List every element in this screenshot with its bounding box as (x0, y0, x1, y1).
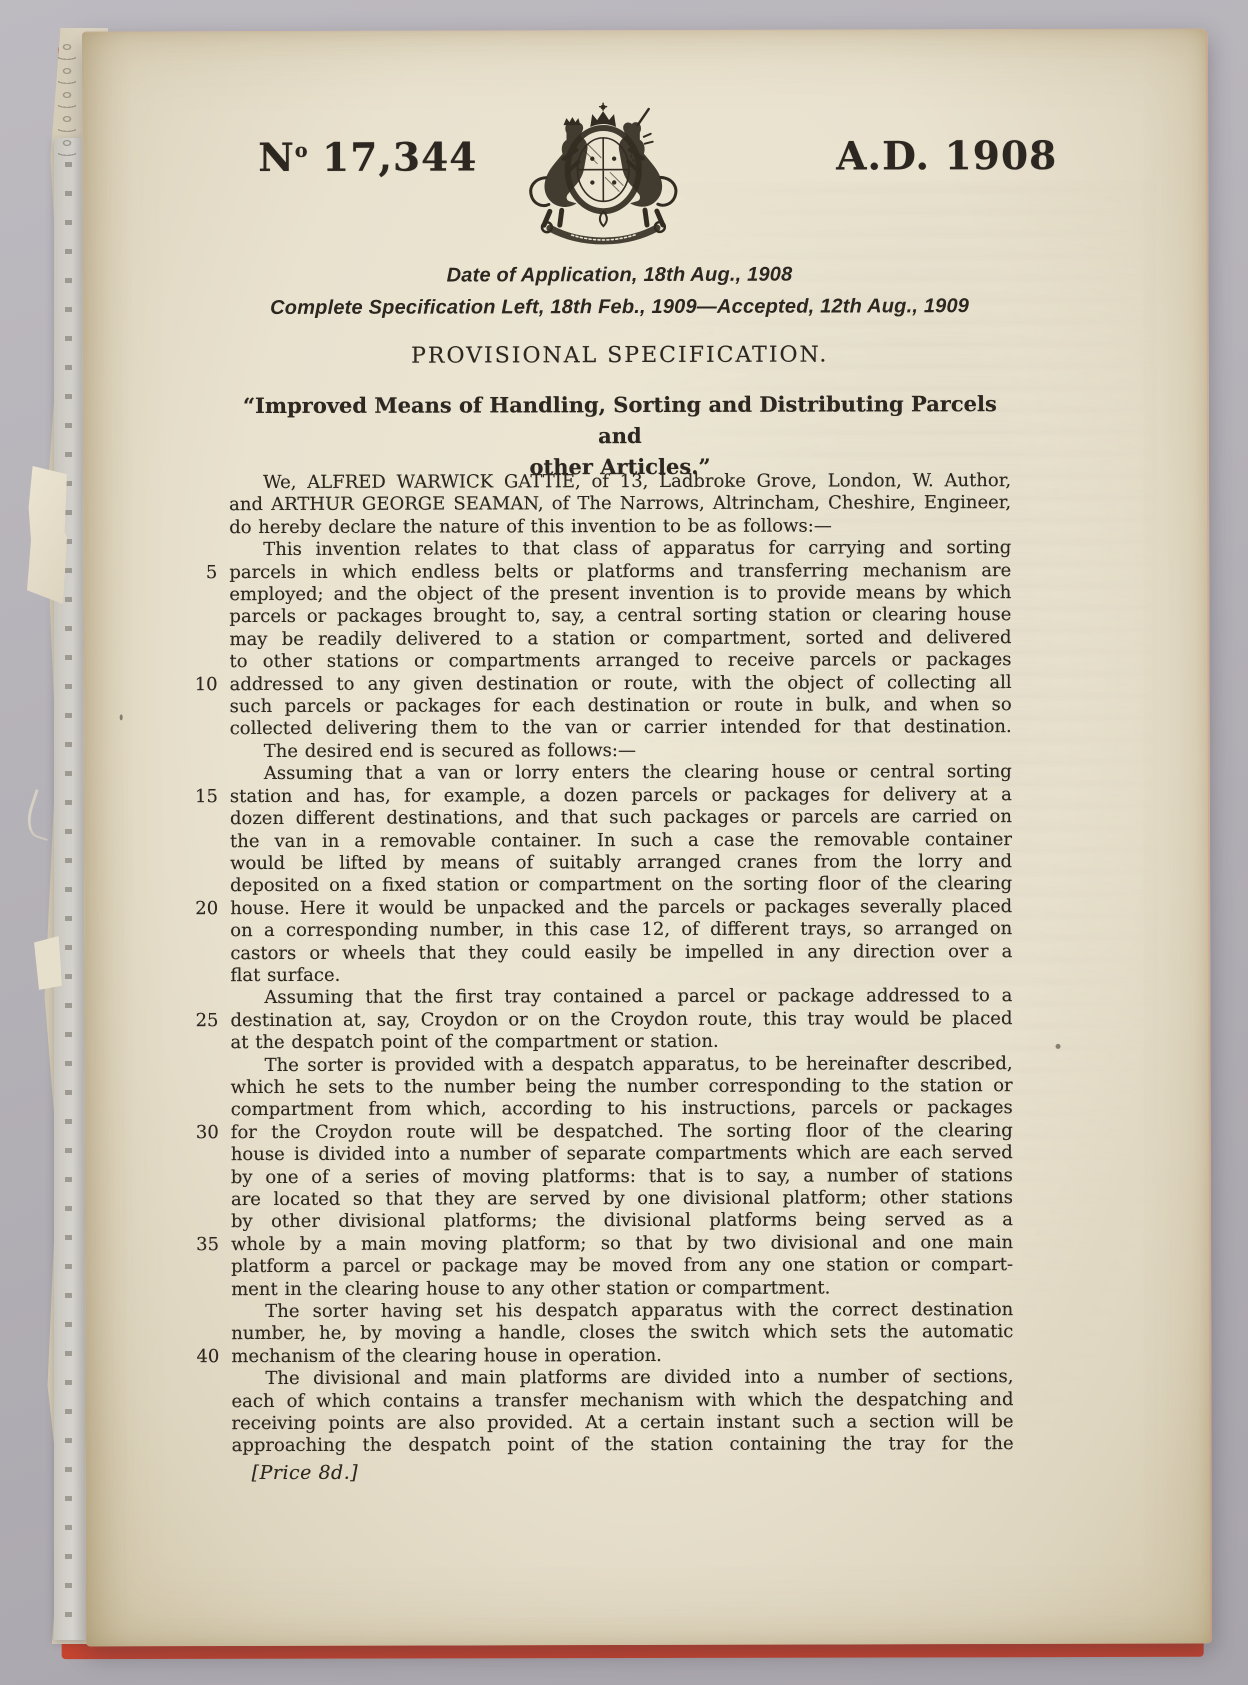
patent-year: A.D. 1908 (836, 133, 1057, 180)
text-line-content: addressed to any given destination or ro… (230, 672, 1012, 696)
line-number (171, 494, 229, 517)
text-line: 20house. Here it would be unpacked and t… (172, 896, 1012, 921)
text-line: do hereby declare the nature of this inv… (171, 515, 1011, 540)
line-number (172, 875, 230, 898)
text-line: We, ALFRED WARWICK GATTIE, of 13, Ladbro… (171, 470, 1011, 495)
text-line-content: castors or wheels that they could easily… (230, 941, 1012, 965)
line-number (171, 607, 229, 630)
line-number (173, 1032, 231, 1055)
line-number (171, 584, 229, 607)
text-line-content: house is divided into a number of separa… (231, 1142, 1013, 1166)
line-number (171, 629, 229, 652)
text-line-content: The sorter is provided with a despatch a… (231, 1053, 1013, 1077)
filing-dates: Date of Application, 18th Aug., 1908 Com… (228, 258, 1010, 324)
text-line: such parcels or packages for each destin… (172, 694, 1012, 719)
text-line: dozen different destinations, and that s… (172, 806, 1012, 831)
text-line: by other divisional platforms; the divis… (173, 1209, 1013, 1234)
text-line-content: We, ALFRED WARWICK GATTIE, of 13, Ladbro… (229, 470, 1011, 494)
text-line: platform a parcel or package may be move… (173, 1254, 1013, 1279)
text-line-content: The sorter having set his despatch appar… (231, 1299, 1013, 1323)
line-number (172, 741, 230, 764)
line-number (172, 831, 230, 854)
line-number (173, 1256, 231, 1279)
line-number (172, 943, 230, 966)
text-line-content: may be readily delivered to a station or… (229, 627, 1011, 651)
torn-paper-tab (27, 466, 67, 604)
line-number: 5 (171, 562, 229, 585)
invention-title-line1: “Improved Means of Handling, Sorting and… (229, 388, 1011, 452)
text-line-content: collected delivering them to the van or … (230, 717, 1012, 741)
line-number (172, 696, 230, 719)
page-content: No 17,344 (228, 30, 1014, 1646)
text-line: flat surface. (172, 963, 1012, 988)
text-line: which he sets to the number being the nu… (173, 1075, 1013, 1100)
text-line: are located so that they are served by o… (173, 1187, 1013, 1212)
text-line: The sorter is provided with a despatch a… (173, 1053, 1013, 1078)
patent-number: No 17,344 (258, 134, 477, 181)
text-line: 40mechanism of the clearing house in ope… (173, 1344, 1013, 1369)
text-line: on a corresponding number, in this case … (172, 918, 1012, 943)
text-line-content: would be lifted by means of suitably arr… (230, 851, 1012, 875)
patent-page: No 17,344 (82, 29, 1212, 1647)
text-line: house is divided into a number of separa… (173, 1142, 1013, 1167)
text-line-content: the van in a removable container. In suc… (230, 829, 1012, 853)
line-number (173, 1055, 231, 1078)
text-line: and ARTHUR GEORGE SEAMAN, of The Narrows… (171, 492, 1011, 517)
line-number (172, 763, 230, 786)
text-line-content: destination at, say, Croydon or on the C… (230, 1008, 1012, 1032)
text-line-content: such parcels or packages for each destin… (230, 694, 1012, 718)
text-line: parcels or packages brought to, say, a c… (171, 604, 1011, 629)
invention-title: “Improved Means of Handling, Sorting and… (229, 388, 1011, 483)
text-line-content: approaching the despatch point of the st… (232, 1434, 1014, 1458)
text-line-content: by other divisional platforms; the divis… (231, 1209, 1013, 1233)
line-number (173, 1167, 231, 1190)
text-line: The desired end is secured as follows:— (172, 739, 1012, 764)
text-line-content: do hereby declare the nature of this inv… (229, 515, 1011, 539)
line-number (173, 1368, 231, 1391)
text-line: may be readily delivered to a station or… (171, 627, 1011, 652)
line-number (173, 1144, 231, 1167)
text-line: the van in a removable container. In suc… (172, 829, 1012, 854)
line-number (174, 1436, 232, 1459)
text-line-content: house. Here it would be unpacked and the… (230, 896, 1012, 920)
line-number (173, 1189, 231, 1212)
text-line: employed; and the object of the present … (171, 582, 1011, 607)
text-line-content: each of which contains a transfer mechan… (231, 1389, 1013, 1413)
text-line: each of which contains a transfer mechan… (173, 1389, 1013, 1414)
text-line: 5parcels in which endless belts or platf… (171, 560, 1011, 585)
text-line-content: flat surface. (230, 963, 1012, 987)
text-line-content: deposited on a fixed station or compartm… (230, 873, 1012, 897)
text-line-content: on a corresponding number, in this case … (230, 918, 1012, 942)
line-number: 15 (172, 786, 230, 809)
line-number (174, 1413, 232, 1436)
text-line: 35whole by a main moving platform; so th… (173, 1232, 1013, 1257)
text-line: castors or wheels that they could easily… (172, 941, 1012, 966)
line-number (172, 808, 230, 831)
line-number (171, 539, 229, 562)
text-line: 15station and has, for example, a dozen … (172, 784, 1012, 809)
text-line-content: by one of a series of moving platforms: … (231, 1165, 1013, 1189)
text-line-content: whole by a main moving platform; so that… (231, 1232, 1013, 1256)
text-line: 10addressed to any given destination or … (172, 672, 1012, 697)
line-number (172, 987, 230, 1010)
text-line-content: platform a parcel or package may be move… (231, 1254, 1013, 1278)
line-number (173, 1077, 231, 1100)
line-number (171, 472, 229, 495)
line-number: 30 (173, 1122, 231, 1145)
text-line-content: This invention relates to that class of … (229, 537, 1011, 561)
text-line-content: Assuming that the first tray contained a… (230, 985, 1012, 1009)
text-line-content: ment in the clearing house to any other … (231, 1277, 1013, 1301)
line-number (173, 1391, 231, 1414)
text-line-content: are located so that they are served by o… (231, 1187, 1013, 1211)
text-line: This invention relates to that class of … (171, 537, 1011, 562)
patent-number-superscript: o (295, 140, 308, 162)
line-number: 10 (172, 674, 230, 697)
line-number: 25 (172, 1010, 230, 1033)
text-line: deposited on a fixed station or compartm… (172, 873, 1012, 898)
text-line: ment in the clearing house to any other … (173, 1277, 1013, 1302)
text-line: number, he, by moving a handle, closes t… (173, 1321, 1013, 1346)
line-number (173, 1099, 231, 1122)
text-line-content: parcels or packages brought to, say, a c… (229, 604, 1011, 628)
text-line: collected delivering them to the van or … (172, 717, 1012, 742)
royal-coat-of-arms-icon (494, 83, 712, 254)
line-number (172, 853, 230, 876)
photograph-of-patent-page: { "colors":{"ink":"#2c2720","paper":"#e9… (0, 0, 1248, 1685)
stitch-thread-loops (58, 40, 76, 162)
text-line: approaching the despatch point of the st… (174, 1434, 1014, 1459)
text-line: to other stations or compartments arrang… (172, 649, 1012, 674)
text-line-content: mechanism of the clearing house in opera… (231, 1344, 1013, 1368)
line-number (172, 651, 230, 674)
line-number (172, 965, 230, 988)
line-number (171, 517, 229, 540)
line-number: 40 (173, 1346, 231, 1369)
text-line-content: compartment from which, according to his… (231, 1097, 1013, 1121)
text-line: receiving points are also provided. At a… (174, 1411, 1014, 1436)
text-line-content: for the Croydon route will be despatched… (231, 1120, 1013, 1144)
application-date-line: Date of Application, 18th Aug., 1908 (228, 258, 1010, 292)
text-line: by one of a series of moving platforms: … (173, 1165, 1013, 1190)
ink-speck (1056, 1044, 1061, 1049)
line-number (173, 1279, 231, 1302)
line-number (173, 1301, 231, 1324)
line-number: 20 (172, 898, 230, 921)
text-line-content: parcels in which endless belts or platfo… (229, 560, 1011, 584)
price-note: [Price 8d.] (252, 1462, 359, 1484)
text-line-content: and ARTHUR GEORGE SEAMAN, of The Narrows… (229, 492, 1011, 516)
text-line-content: to other stations or compartments arrang… (230, 649, 1012, 673)
text-line-content: The divisional and main platforms are di… (231, 1366, 1013, 1390)
text-line-content: receiving points are also provided. At a… (232, 1411, 1014, 1435)
text-block: We, ALFRED WARWICK GATTIE, of 13, Ladbro… (171, 470, 1014, 1458)
text-line-content: Assuming that a van or lorry enters the … (230, 761, 1012, 785)
line-number (173, 1211, 231, 1234)
text-line: compartment from which, according to his… (173, 1097, 1013, 1122)
ink-speck (120, 714, 123, 720)
torn-paper-fragment (34, 936, 62, 990)
text-line: Assuming that a van or lorry enters the … (172, 761, 1012, 786)
text-line-content: dozen different destinations, and that s… (230, 806, 1012, 830)
text-line-content: at the despatch point of the compartment… (231, 1030, 1013, 1054)
text-line-content: station and has, for example, a dozen pa… (230, 784, 1012, 808)
text-line-content: employed; and the object of the present … (229, 582, 1011, 606)
line-number (173, 1324, 231, 1347)
text-line-content: The desired end is secured as follows:— (230, 739, 1012, 763)
specification-date-line: Complete Specification Left, 18th Feb., … (229, 290, 1011, 324)
text-line: 30for the Croydon route will be despatch… (173, 1120, 1013, 1145)
text-line: at the despatch point of the compartment… (173, 1030, 1013, 1055)
section-heading: PROVISIONAL SPECIFICATION. (229, 342, 1011, 369)
text-line: Assuming that the first tray contained a… (172, 985, 1012, 1010)
text-line-content: number, he, by moving a handle, closes t… (231, 1321, 1013, 1345)
text-line: would be lifted by means of suitably arr… (172, 851, 1012, 876)
line-number: 35 (173, 1234, 231, 1257)
line-number (172, 719, 230, 742)
text-line: The sorter having set his despatch appar… (173, 1299, 1013, 1324)
line-number (172, 920, 230, 943)
text-line: 25destination at, say, Croydon or on the… (172, 1008, 1012, 1033)
text-line: The divisional and main platforms are di… (173, 1366, 1013, 1391)
text-line-content: which he sets to the number being the nu… (231, 1075, 1013, 1099)
